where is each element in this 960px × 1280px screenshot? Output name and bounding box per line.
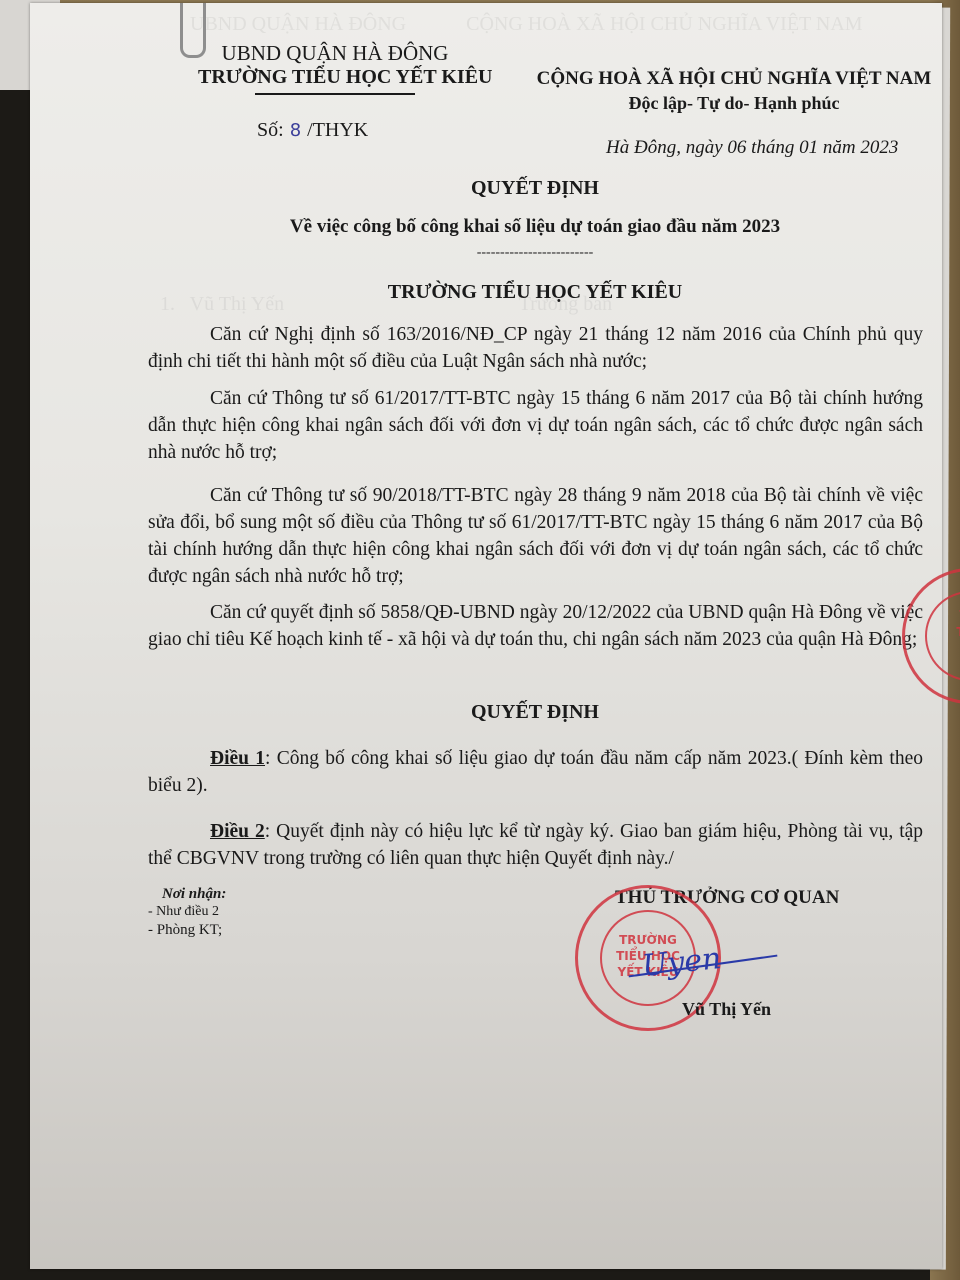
authority-name: UBND QUẬN HÀ ĐÔNG <box>198 41 472 65</box>
recipient-item: - Như điều 2 <box>148 903 226 921</box>
article-2: Điều 2: Quyết định này có hiệu lực kể từ… <box>148 818 923 872</box>
decision-heading: QUYẾT ĐỊNH <box>180 701 890 724</box>
document-number: Số:8/THYK <box>257 119 368 142</box>
legal-basis-1: Căn cứ Nghị định số 163/2016/NĐ_CP ngày … <box>148 321 923 375</box>
national-header: CỘNG HOÀ XÃ HỘI CHỦ NGHĨA VIỆT NAM Độc l… <box>534 67 934 115</box>
recipients-heading: Nơi nhận: <box>162 885 226 903</box>
document-page: UBND QUẬN HÀ ĐÔNG CỘNG HOÀ XÃ HỘI CHỦ NG… <box>30 3 942 1269</box>
article-2-label: Điều 2 <box>210 821 265 842</box>
article-2-text: : Quyết định này có hiệu lực kể từ ngày … <box>148 821 923 869</box>
separator: ------------------------- <box>180 245 890 261</box>
legal-basis-4: Căn cứ quyết định số 5858/QĐ-UBND ngày 2… <box>148 599 923 653</box>
signer-name: Vũ Thị Yến <box>682 999 771 1020</box>
header-underline <box>255 93 415 95</box>
legal-basis-3: Căn cứ Thông tư số 90/2018/TT-BTC ngày 2… <box>148 482 923 590</box>
issuing-authority-block: UBND QUẬN HÀ ĐÔNG TRƯỜNG TIỂU HỌC YẾT KI… <box>198 41 472 95</box>
national-motto: Độc lập- Tự do- Hạnh phúc <box>534 91 934 115</box>
document-subject: Về việc công bố công khai số liệu dự toá… <box>180 216 890 238</box>
article-1-label: Điều 1 <box>210 748 265 769</box>
number-suffix: /THYK <box>307 119 368 141</box>
recipients-block: Nơi nhận: - Như điều 2 - Phòng KT; <box>148 885 226 939</box>
handwritten-number: 8 <box>290 120 301 141</box>
issuer-heading: TRƯỜNG TIỂU HỌC YẾT KIÊU <box>180 281 890 304</box>
organization-name: TRƯỜNG TIỂU HỌC YẾT KIÊU <box>198 65 472 89</box>
article-1-text: : Công bố công khai số liệu giao dự toán… <box>148 748 923 796</box>
number-prefix: Số: <box>257 119 284 141</box>
nation-name: CỘNG HOÀ XÃ HỘI CHỦ NGHĨA VIỆT NAM <box>534 67 934 91</box>
bleed-through-text: UBND QUẬN HÀ ĐÔNG CỘNG HOÀ XÃ HỘI CHỦ NG… <box>190 13 863 36</box>
legal-basis-2: Căn cứ Thông tư số 61/2017/TT-BTC ngày 1… <box>148 385 923 466</box>
document-title: QUYẾT ĐỊNH <box>180 177 890 200</box>
article-1: Điều 1: Công bố công khai số liệu giao d… <box>148 745 923 799</box>
place-date: Hà Đông, ngày 06 tháng 01 năm 2023 <box>606 137 898 159</box>
recipient-item: - Phòng KT; <box>148 921 226 939</box>
